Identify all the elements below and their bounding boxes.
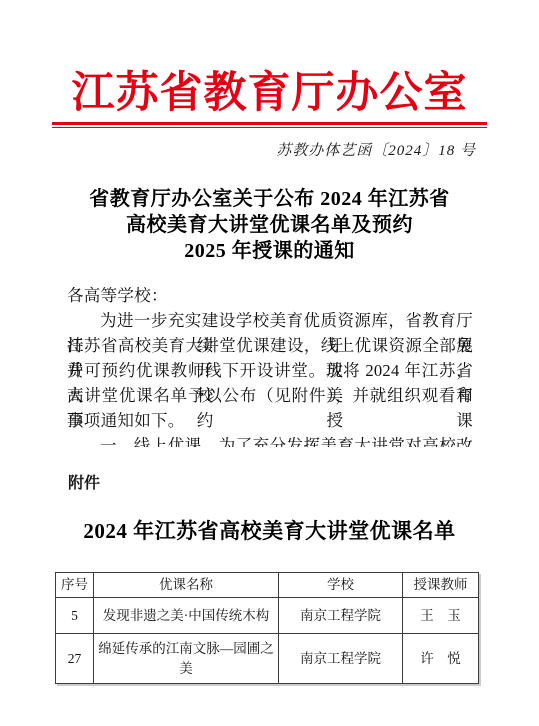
cell-no: 27 — [56, 634, 94, 684]
table-row: 27 绵延传承的江南文脉—园圃之美 南京工程学院 许 悦 — [56, 634, 479, 684]
column-header-course: 优课名称 — [94, 573, 279, 598]
cell-no: 5 — [56, 598, 94, 634]
body-salutation: 各高等学校： — [67, 283, 473, 308]
table-header-row: 序号 优课名称 学校 授课教师 — [56, 573, 479, 598]
table-row: 5 发现非遗之美·中国传统木构 南京工程学院 王 玉 — [56, 598, 479, 634]
body-line: 为进一步充实建设学校美育优质资源库，省教育厅持续开展 — [67, 308, 473, 333]
notice-body: 各高等学校： 为进一步充实建设学校美育优质资源库，省教育厅持续开展 江苏省高校美… — [67, 283, 473, 447]
course-table: 序号 优课名称 学校 授课教师 5 发现非遗之美·中国传统木构 南京工程学院 王… — [55, 572, 479, 684]
body-line: 并可预约优课教师线下开设讲堂。现将 2024 年江苏省高校美育 — [67, 358, 473, 383]
notice-title-line: 高校美育大讲堂优课名单及预约 — [0, 212, 539, 238]
document-page: 江苏省教育厅办公室 苏教办体艺函〔2024〕18 号 省教育厅办公室关于公布 2… — [0, 0, 539, 726]
attachment-label: 附件 — [68, 470, 100, 493]
column-header-no: 序号 — [56, 573, 94, 598]
cell-course: 绵延传承的江南文脉—园圃之美 — [94, 634, 279, 684]
attachment-table-title: 2024 年江苏省高校美育大讲堂优课名单 — [0, 515, 539, 545]
cell-school: 南京工程学院 — [279, 634, 403, 684]
agency-letterhead: 江苏省教育厅办公室 — [0, 70, 539, 117]
document-number: 苏教办体艺函〔2024〕18 号 — [0, 139, 539, 160]
body-line: 江苏省高校美育大讲堂优课建设，线上优课资源全部免费开放， — [67, 333, 473, 358]
letterhead-separator-rule — [52, 122, 487, 128]
cell-teacher: 许 悦 — [403, 634, 479, 684]
cell-school: 南京工程学院 — [279, 598, 403, 634]
column-header-teacher: 授课教师 — [403, 573, 479, 598]
cell-course: 发现非遗之美·中国传统木构 — [94, 598, 279, 634]
notice-title-line: 省教育厅办公室关于公布 2024 年江苏省 — [0, 186, 539, 212]
cell-teacher: 王 玉 — [403, 598, 479, 634]
notice-title-line: 2025 年授课的通知 — [0, 238, 539, 264]
body-line: 大讲堂优课名单予以公布（见附件），并就组织观看和预约授课 — [67, 383, 473, 408]
body-line-clipped: 一、线上优课。为了充分发挥美育大讲堂对高校改进美育教 — [67, 433, 473, 447]
notice-title: 省教育厅办公室关于公布 2024 年江苏省 高校美育大讲堂优课名单及预约 202… — [0, 186, 539, 264]
column-header-school: 学校 — [279, 573, 403, 598]
